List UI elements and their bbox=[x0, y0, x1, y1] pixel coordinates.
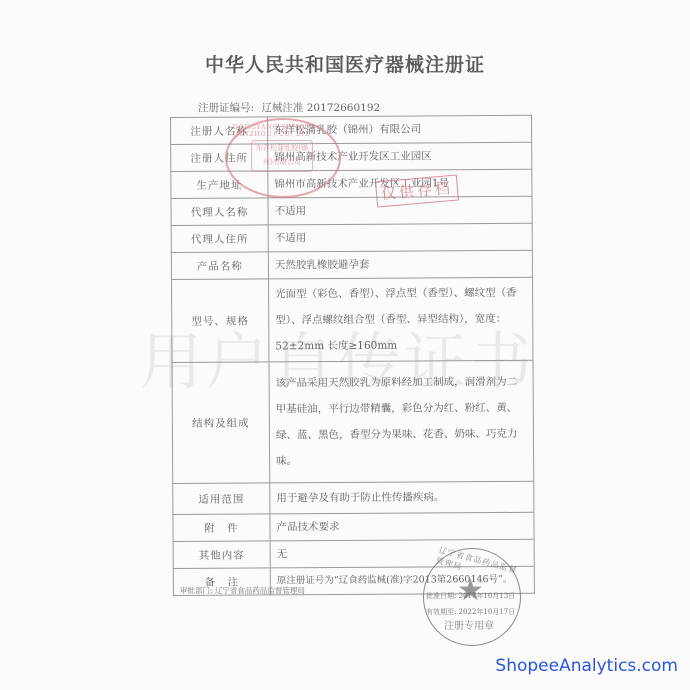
row-value: 锦州市高新技术产业开发区工业园1号 bbox=[268, 169, 532, 198]
registration-table: 注册人名称 东洋松蒲乳胶（锦州）有限公司 注册人住所 锦州高新技术产业开发区工业… bbox=[170, 115, 535, 596]
row-key: 适用范围 bbox=[173, 483, 270, 515]
table-row: 其他内容 无 bbox=[173, 539, 534, 568]
certificate-number: 注册证编号: 辽械注准 20172660192 bbox=[198, 100, 380, 115]
row-key: 注册人名称 bbox=[171, 117, 268, 145]
table-row: 注册人住所 锦州高新技术产业开发区工业园区 bbox=[171, 142, 532, 171]
row-key: 代理人名称 bbox=[171, 198, 268, 226]
row-value: 锦州高新技术产业开发区工业园区 bbox=[268, 142, 532, 171]
row-key: 附 件 bbox=[173, 514, 270, 542]
row-value: 产品技术要求 bbox=[270, 512, 534, 541]
row-value: 无 bbox=[270, 539, 534, 568]
document-title: 中华人民共和国医疗器械注册证 bbox=[0, 50, 690, 77]
row-value: 该产品采用天然胶乳为原料经加工制成，润滑剂为二甲基硅油，平行边带精囊，彩色分为红… bbox=[269, 360, 534, 483]
certificate-page: 中华人民共和国医疗器械注册证 注册证编号: 辽械注准 20172660192 注… bbox=[0, 0, 690, 690]
row-value: 东洋松蒲乳胶（锦州）有限公司 bbox=[268, 115, 532, 144]
issuer-value: 辽宁省食品药品监督管理局 bbox=[215, 586, 305, 595]
valid-until-date: 有效期至: 2022年10月17日 bbox=[426, 604, 515, 620]
table-row: 生产地址 锦州市高新技术产业开发区工业园1号 bbox=[171, 169, 532, 198]
row-key: 型号、规格 bbox=[171, 279, 269, 363]
table-row: 适用范围 用于避孕及有助于防止性传播疾病。 bbox=[173, 481, 534, 514]
row-key: 产品名称 bbox=[171, 252, 268, 280]
table-row: 附 件 产品技术要求 bbox=[173, 512, 534, 541]
approval-date: 批准日期: 2017年10月13日 bbox=[426, 588, 515, 604]
table-row: 结构及组成 该产品采用天然胶乳为原料经加工制成，润滑剂为二甲基硅油，平行边带精囊… bbox=[172, 360, 534, 483]
row-key: 结构及组成 bbox=[172, 362, 270, 484]
table-row: 代理人住所 不适用 bbox=[171, 223, 532, 252]
table-row: 型号、规格 光面型（彩色、香型）、浮点型（香型）、螺纹型（香型）、浮点螺纹组合型… bbox=[171, 277, 533, 362]
row-key: 生产地址 bbox=[171, 171, 268, 199]
issuing-authority: 审批部门: 辽宁省食品药品监督管理局 bbox=[180, 585, 305, 596]
issuer-label: 审批部门: bbox=[180, 586, 213, 595]
row-value: 不适用 bbox=[268, 196, 532, 225]
approval-dates: 批准日期: 2017年10月13日 有效期至: 2022年10月17日 bbox=[426, 588, 515, 620]
table-row: 产品名称 天然胶乳橡胶避孕套 bbox=[171, 250, 532, 279]
table-row: 注册人名称 东洋松蒲乳胶（锦州）有限公司 bbox=[171, 115, 532, 144]
table-row: 代理人名称 不适用 bbox=[171, 196, 532, 225]
row-key: 其他内容 bbox=[173, 541, 270, 569]
row-value: 用于避孕及有助于防止性传播疾病。 bbox=[270, 481, 534, 514]
brand-watermark: ShopeeAnalytics.com bbox=[495, 656, 678, 676]
row-value: 天然胶乳橡胶避孕套 bbox=[268, 250, 532, 279]
row-value: 光面型（彩色、香型）、浮点型（香型）、螺纹型（香型）、浮点螺纹组合型（香型、异型… bbox=[268, 277, 533, 362]
row-value: 不适用 bbox=[268, 223, 532, 252]
certificate-number-label: 注册证编号: bbox=[198, 102, 254, 114]
row-key: 注册人住所 bbox=[171, 144, 268, 172]
row-key: 代理人住所 bbox=[171, 225, 268, 253]
certificate-number-value: 辽械注准 20172660192 bbox=[261, 102, 380, 114]
